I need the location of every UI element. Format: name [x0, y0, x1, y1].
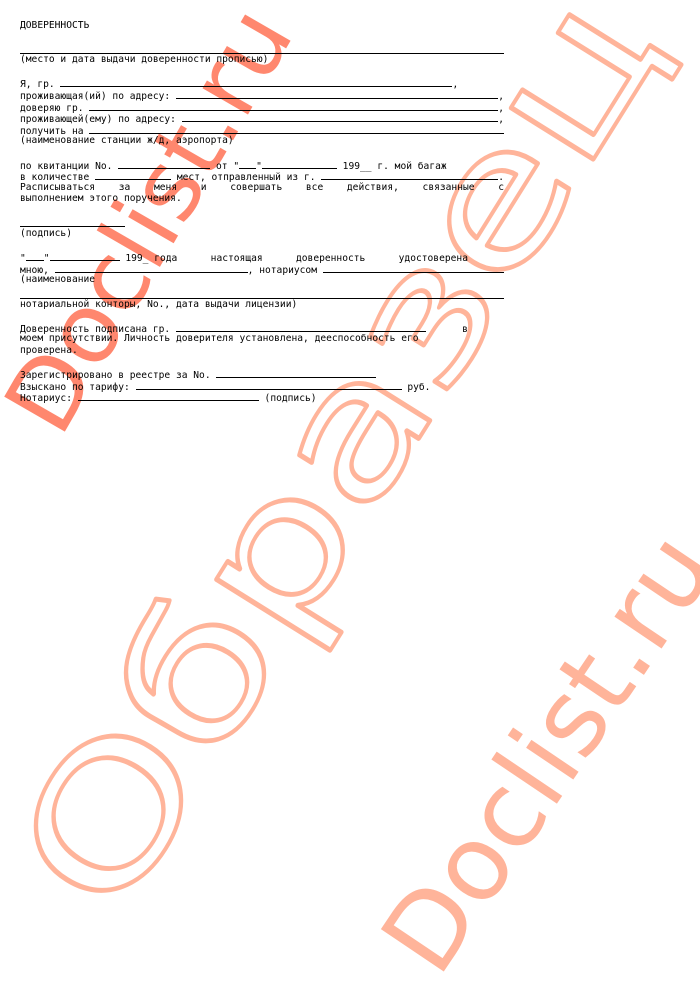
principal-address-field[interactable]: [176, 89, 498, 99]
agent-name-field[interactable]: [89, 101, 498, 111]
watermark-doclist-lower: Doclist.ru: [358, 511, 700, 994]
label: доверяю гр.: [20, 103, 84, 115]
agent-address-row: проживающей(ему) по адресу: ,: [20, 112, 504, 124]
quantity-field[interactable]: [95, 170, 171, 180]
word: Расписываться: [20, 182, 95, 194]
label-in: в: [426, 324, 504, 336]
notary-month-field[interactable]: [50, 251, 120, 261]
caption-text: нотариальной конторы, No., дата выдачи л…: [20, 299, 297, 311]
signature-caption: (подпись): [20, 228, 504, 240]
registry-row: Зарегистрировано в реестре за No.: [20, 368, 504, 380]
currency: руб.: [407, 382, 430, 394]
principal-signature-row: [20, 217, 504, 229]
label: , нотариусом: [248, 265, 317, 277]
registry-number-field[interactable]: [216, 368, 376, 378]
office-caption: нотариальной конторы, No., дата выдачи л…: [20, 299, 504, 311]
signed-by-row: Доверенность подписана гр. в: [20, 322, 504, 334]
power-of-attorney-document: ДОВЕРЕННОСТЬ (место и дата выдачи довере…: [20, 20, 504, 403]
caption-text: (наименование станции ж/д, аэропорта): [20, 135, 234, 147]
word: за: [119, 182, 131, 194]
label-from: от: [216, 161, 228, 173]
comma: ,: [498, 103, 504, 115]
verified-row: проверена.: [20, 345, 504, 357]
caption-text: (подпись): [265, 393, 317, 405]
notary-date-row: "" 199_ годанастоящаядоверенностьудостов…: [20, 251, 468, 263]
notary-office-field[interactable]: [323, 263, 504, 273]
principal-name-field[interactable]: [60, 77, 452, 87]
document-title: ДОВЕРЕННОСТЬ: [20, 20, 504, 32]
receipt-row: по квитанции No. от "" 199__ г. мой бага…: [20, 159, 504, 171]
word: все: [306, 182, 323, 194]
principal-name-row: Я, гр. ,: [20, 77, 504, 89]
tariff-amount-field[interactable]: [136, 380, 402, 390]
text: моем присутствии. Личность доверителя ус…: [20, 333, 419, 345]
comma: ,: [498, 91, 504, 103]
agent-name-row: доверяю гр. ,: [20, 101, 504, 113]
authorization-sentence: Расписыватьсязаменяисовершатьвседействия…: [20, 182, 504, 194]
title-text: ДОВЕРЕННОСТЬ: [20, 20, 89, 32]
word: связанные: [423, 182, 475, 194]
notary-office-details-field[interactable]: [20, 288, 504, 299]
word: с: [498, 182, 504, 194]
authorization-last-line: выполнением этого поручения.: [20, 193, 504, 205]
word: и: [201, 182, 207, 194]
word: действия,: [347, 182, 399, 194]
label: Нотариус:: [20, 393, 72, 405]
principal-address-row: проживающая(ий) по адресу: ,: [20, 89, 504, 101]
caption-text: (наименование: [20, 274, 95, 286]
word: совершать: [230, 182, 282, 194]
receipt-number-field[interactable]: [118, 159, 210, 169]
notary-day-field[interactable]: [26, 251, 44, 261]
place-date-caption: (место и дата выдачи доверенности пропис…: [20, 54, 504, 66]
receipt-month-field[interactable]: [262, 159, 337, 169]
station-caption: (наименование станции ж/д, аэропорта): [20, 135, 504, 147]
notary-signature-field[interactable]: [78, 391, 259, 401]
origin-city-field[interactable]: [321, 170, 498, 180]
station-field[interactable]: [89, 124, 504, 134]
receive-at-row: получить на: [20, 124, 504, 136]
tariff-row: Взыскано по тарифу: руб.: [20, 380, 504, 392]
caption-text: (подпись): [20, 228, 72, 240]
agent-address-field[interactable]: [182, 112, 498, 122]
notary-name-row: мною, , нотариусом: [20, 263, 504, 275]
caption-text: (место и дата выдачи доверенности пропис…: [20, 54, 268, 66]
place-date-field[interactable]: [20, 43, 504, 54]
notary-name-field[interactable]: [55, 263, 248, 273]
quantity-row: в количестве мест, отправленный из г. .: [20, 170, 504, 182]
text: проверена.: [20, 345, 78, 357]
text: выполнением этого поручения.: [20, 193, 182, 205]
principal-signature-field[interactable]: [20, 217, 125, 227]
label: Я, гр.: [20, 79, 55, 91]
notary-signature-row: Нотариус: (подпись): [20, 391, 504, 403]
receipt-day-field[interactable]: [239, 159, 256, 169]
word: меня: [154, 182, 177, 194]
signed-by-field[interactable]: [176, 322, 426, 332]
